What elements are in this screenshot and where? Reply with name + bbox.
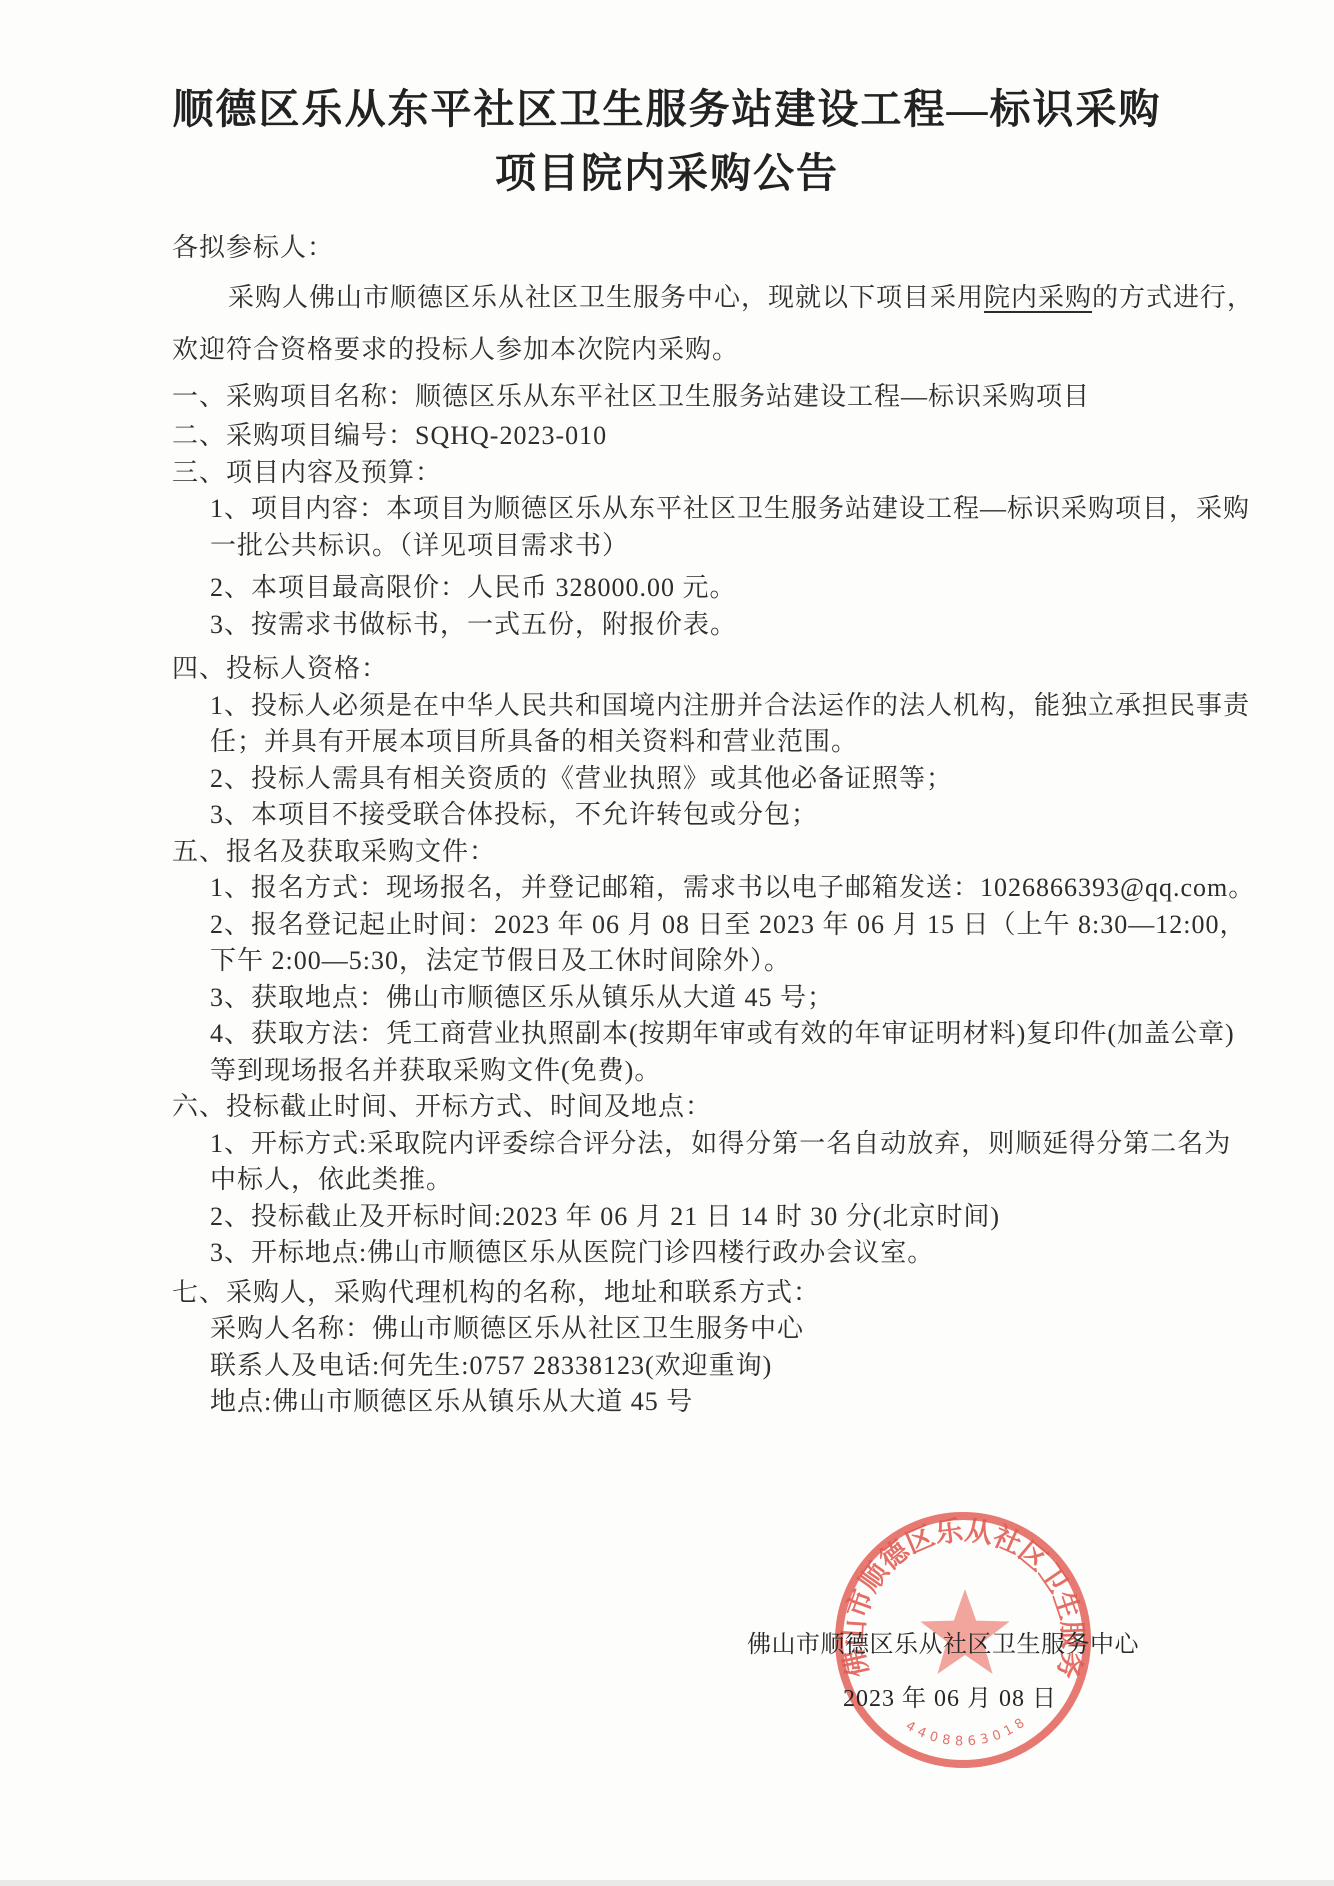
doc-line-text: 七、采购人，采购代理机构的名称，地址和联系方式： bbox=[172, 1278, 820, 1307]
doc-line-text: 一、采购项目名称：顺德区乐从东平社区卫生服务站建设工程—标识采购项目 bbox=[172, 382, 1090, 411]
doc-line: 2、报名登记起止时间：2023 年 06 月 08 日至 2023 年 06 月… bbox=[172, 907, 1334, 944]
doc-line-text: 2、投标截止及开标时间:2023 年 06 月 21 日 14 时 30 分(北… bbox=[210, 1202, 1000, 1231]
doc-line-text: 各拟参标人： bbox=[172, 233, 334, 262]
doc-line-text: 3、获取地点：佛山市顺德区乐从镇乐从大道 45 号； bbox=[210, 983, 834, 1012]
doc-line: 各拟参标人： bbox=[172, 230, 1334, 267]
doc-line-text: 一批公共标识。（详见项目需求书） bbox=[210, 531, 629, 560]
doc-line-text: 4、获取方法：凭工商营业执照副本(按期年审或有效的年审证明材料)复印件(加盖公章… bbox=[210, 1019, 1235, 1048]
doc-line: 中标人，依此类推。 bbox=[172, 1162, 1334, 1199]
doc-line: 欢迎符合资格要求的投标人参加本次院内采购。 bbox=[172, 332, 1334, 369]
doc-line-text: 2、本项目最高限价：人民币 328000.00 元。 bbox=[210, 573, 737, 602]
doc-line: 3、获取地点：佛山市顺德区乐从镇乐从大道 45 号； bbox=[172, 980, 1334, 1017]
document-page: 顺德区乐从东平社区卫生服务站建设工程—标识采购 项目院内采购公告 各拟参标人：采… bbox=[0, 0, 1334, 1886]
doc-line: 3、按需求书做标书，一式五份，附报价表。 bbox=[172, 607, 1334, 644]
doc-line: 3、开标地点:佛山市顺德区乐从医院门诊四楼行政办会议室。 bbox=[172, 1235, 1334, 1272]
doc-line-text: 3、开标地点:佛山市顺德区乐从医院门诊四楼行政办会议室。 bbox=[210, 1238, 934, 1267]
doc-line: 3、本项目不接受联合体投标，不允许转包或分包； bbox=[172, 797, 1334, 834]
doc-line: 一批公共标识。（详见项目需求书） bbox=[172, 528, 1334, 565]
underlined-text: 院内采购 bbox=[984, 283, 1092, 312]
doc-line: 二、采购项目编号：SQHQ-2023-010 bbox=[172, 418, 1334, 455]
doc-line-text: 的方式进行， bbox=[1092, 283, 1254, 312]
signature-org: 佛山市顺德区乐从社区卫生服务中心 bbox=[747, 1624, 1139, 1659]
doc-line-text: 3、按需求书做标书，一式五份，附报价表。 bbox=[210, 610, 737, 639]
doc-line-text: 五、报名及获取采购文件： bbox=[172, 837, 496, 866]
doc-title: 顺德区乐从东平社区卫生服务站建设工程—标识采购 项目院内采购公告 bbox=[0, 0, 1334, 196]
doc-line: 1、项目内容：本项目为顺德区乐从东平社区卫生服务站建设工程—标识采购项目，采购 bbox=[172, 491, 1334, 528]
doc-line-text: 中标人，依此类推。 bbox=[210, 1165, 453, 1194]
doc-line: 1、投标人必须是在中华人民共和国境内注册并合法运作的法人机构，能独立承担民事责 bbox=[172, 688, 1334, 725]
doc-line-text: 1、投标人必须是在中华人民共和国境内注册并合法运作的法人机构，能独立承担民事责 bbox=[210, 691, 1250, 720]
doc-line-text: 等到现场报名并获取采购文件(免费)。 bbox=[210, 1056, 661, 1085]
doc-line: 2、本项目最高限价：人民币 328000.00 元。 bbox=[172, 570, 1334, 607]
doc-line: 采购人名称：佛山市顺德区乐从社区卫生服务中心 bbox=[172, 1311, 1334, 1348]
doc-line-text: 1、报名方式：现场报名，并登记邮箱，需求书以电子邮箱发送：1026866393@… bbox=[210, 873, 1255, 902]
doc-line: 2、投标截止及开标时间:2023 年 06 月 21 日 14 时 30 分(北… bbox=[172, 1199, 1334, 1236]
signature-date: 2023 年 06 月 08 日 bbox=[843, 1678, 1057, 1713]
doc-line-text: 2、报名登记起止时间：2023 年 06 月 08 日至 2023 年 06 月… bbox=[210, 910, 1246, 939]
doc-line-text: 2、投标人需具有相关资质的《营业执照》或其他必备证照等； bbox=[210, 764, 953, 793]
doc-line: 1、报名方式：现场报名，并登记邮箱，需求书以电子邮箱发送：1026866393@… bbox=[172, 870, 1334, 907]
doc-line-text: 二、采购项目编号：SQHQ-2023-010 bbox=[172, 421, 607, 450]
doc-line: 地点:佛山市顺德区乐从镇乐从大道 45 号 bbox=[172, 1384, 1334, 1421]
doc-line-text: 六、投标截止时间、开标方式、时间及地点： bbox=[172, 1092, 712, 1121]
doc-line: 联系人及电话:何先生:0757 28338123(欢迎重询) bbox=[172, 1348, 1334, 1385]
doc-body: 各拟参标人：采购人佛山市顺德区乐从社区卫生服务中心，现就以下项目采用院内采购的方… bbox=[0, 230, 1334, 1421]
doc-line-text: 欢迎符合资格要求的投标人参加本次院内采购。 bbox=[172, 335, 739, 364]
doc-title-line1: 顺德区乐从东平社区卫生服务站建设工程—标识采购 bbox=[0, 86, 1334, 132]
doc-line-text: 三、项目内容及预算： bbox=[172, 458, 442, 487]
doc-line: 一、采购项目名称：顺德区乐从东平社区卫生服务站建设工程—标识采购项目 bbox=[172, 379, 1334, 416]
doc-line: 4、获取方法：凭工商营业执照副本(按期年审或有效的年审证明材料)复印件(加盖公章… bbox=[172, 1016, 1334, 1053]
doc-line-text: 1、开标方式:采取院内评委综合评分法，如得分第一名自动放弃，则顺延得分第二名为 bbox=[210, 1129, 1231, 1158]
doc-line-text: 联系人及电话:何先生:0757 28338123(欢迎重询) bbox=[210, 1351, 772, 1380]
doc-line-text: 四、投标人资格： bbox=[172, 654, 388, 683]
doc-line: 五、报名及获取采购文件： bbox=[172, 834, 1334, 871]
doc-line: 下午 2:00—5:30，法定节假日及工休时间除外）。 bbox=[172, 943, 1334, 980]
doc-line-text: 任；并具有开展本项目所具备的相关资料和营业范围。 bbox=[210, 727, 858, 756]
doc-line: 采购人佛山市顺德区乐从社区卫生服务中心，现就以下项目采用院内采购的方式进行， bbox=[172, 280, 1334, 317]
doc-line: 1、开标方式:采取院内评委综合评分法，如得分第一名自动放弃，则顺延得分第二名为 bbox=[172, 1126, 1334, 1163]
doc-line: 三、项目内容及预算： bbox=[172, 455, 1334, 492]
doc-line-text: 地点:佛山市顺德区乐从镇乐从大道 45 号 bbox=[210, 1387, 693, 1416]
doc-line-text: 采购人名称：佛山市顺德区乐从社区卫生服务中心 bbox=[210, 1314, 804, 1343]
doc-line: 任；并具有开展本项目所具备的相关资料和营业范围。 bbox=[172, 724, 1334, 761]
doc-line: 2、投标人需具有相关资质的《营业执照》或其他必备证照等； bbox=[172, 761, 1334, 798]
doc-line-text: 采购人佛山市顺德区乐从社区卫生服务中心，现就以下项目采用 bbox=[228, 283, 984, 312]
doc-line: 六、投标截止时间、开标方式、时间及地点： bbox=[172, 1089, 1334, 1126]
doc-title-line2: 项目院内采购公告 bbox=[0, 150, 1334, 196]
doc-line-text: 1、项目内容：本项目为顺德区乐从东平社区卫生服务站建设工程—标识采购项目，采购 bbox=[210, 494, 1250, 523]
doc-line: 四、投标人资格： bbox=[172, 651, 1334, 688]
doc-line-text: 3、本项目不接受联合体投标，不允许转包或分包； bbox=[210, 800, 818, 829]
scan-edge-strip bbox=[0, 1880, 1334, 1886]
doc-line: 七、采购人，采购代理机构的名称，地址和联系方式： bbox=[172, 1275, 1334, 1312]
doc-line: 等到现场报名并获取采购文件(免费)。 bbox=[172, 1053, 1334, 1090]
doc-line-text: 下午 2:00—5:30，法定节假日及工休时间除外）。 bbox=[210, 946, 791, 975]
